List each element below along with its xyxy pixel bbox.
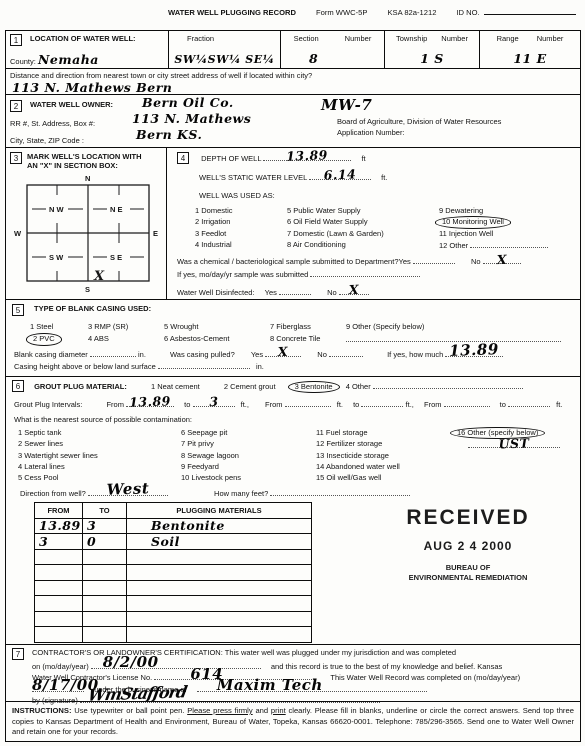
quadrant-sw-label: S W <box>49 253 64 262</box>
table-row <box>35 596 312 612</box>
section-7-certification: 7 CONTRACTOR'S OR LANDOWNER'S CERTIFICAT… <box>6 645 580 702</box>
use-item: 5 Public Water Supply <box>287 206 439 215</box>
section-4-number-box: 4 <box>177 152 189 164</box>
distance-row: Distance and direction from nearest town… <box>6 69 580 94</box>
location-cell: 1 LOCATION OF WATER WELL: County: Nemaha <box>6 31 169 68</box>
casing-option-other: 9 Other (Specify below) <box>346 322 424 331</box>
received-stamp-bureau-line1: BUREAU OF <box>358 563 578 573</box>
distance-question: Distance and direction from nearest town… <box>10 71 576 80</box>
depth-value: 13.89 <box>286 148 328 165</box>
range-label: Range <box>497 34 519 43</box>
casing-option: 3 RMP (SR) <box>88 322 164 331</box>
section-value: 8 <box>281 51 384 67</box>
use-item: 12 Other <box>439 240 579 250</box>
number-label: Number <box>441 34 468 43</box>
business-name-blank: Maxim Tech <box>197 684 427 692</box>
to-header: TO <box>83 503 127 519</box>
section-1-title: LOCATION OF WATER WELL: <box>30 34 136 46</box>
section-label: Section <box>294 34 319 43</box>
how-much-value: 13.89 <box>449 340 499 360</box>
id-no-label: ID NO. <box>456 7 575 17</box>
address-label: RR #, St. Address, Box #: <box>10 119 128 128</box>
section-3-number-box: 3 <box>10 152 22 164</box>
table-row: 3 0 Soil <box>35 534 312 550</box>
in-label: in. <box>138 350 146 359</box>
yes-label: Yes <box>399 257 411 266</box>
agency-label: Board of Agriculture, Division of Water … <box>337 117 501 126</box>
record-date-blank: 8/17/00 <box>32 684 84 692</box>
table-row <box>35 549 312 565</box>
table-row <box>35 565 312 581</box>
pulled-yes-x-mark: X <box>278 344 289 360</box>
casing-height-blank <box>158 361 250 369</box>
yes-label: Yes <box>251 350 263 359</box>
no-label: No <box>327 288 337 297</box>
to-label: to <box>500 400 506 409</box>
well-uses-list: 1 Domestic 2 Irrigation 3 Feedlot 4 Indu… <box>195 206 579 251</box>
grout-option-other: 4 Other <box>346 382 371 391</box>
instructions-text: Use typewriter or ball point pen. <box>74 706 184 715</box>
well-location-x-mark: X <box>93 269 105 284</box>
section-4-well-info: 4 DEPTH OF WELL 13.89 ft WELL'S STATIC W… <box>167 148 585 299</box>
cell-to: 0 <box>87 534 96 550</box>
address-value: 113 N. Mathews <box>132 111 251 127</box>
sample-question: Was a chemical / bacteriological sample … <box>177 257 399 266</box>
signature-value: WmStafford <box>86 682 188 706</box>
sample-date-blank <box>310 269 420 277</box>
well-id-value: MW-7 <box>321 96 372 115</box>
disinfected-yes-blank <box>279 287 311 295</box>
casing-pulled-label: Was casing pulled? <box>170 350 235 359</box>
contamination-item: 15 Oil well/Gas well <box>316 473 454 482</box>
city-value: Bern KS. <box>136 127 202 143</box>
use-item: 4 Industrial <box>195 240 287 249</box>
no-label: No <box>317 350 327 359</box>
use-item: 1 Domestic <box>195 206 287 215</box>
disinfected-no-x-mark: X <box>348 282 359 298</box>
depth-of-well-label: DEPTH OF WELL <box>201 154 261 163</box>
grout-other-blank <box>373 381 523 389</box>
instructions-text: and <box>255 706 268 715</box>
county-value: Nemaha <box>38 52 99 68</box>
interval3-to-blank <box>508 399 550 407</box>
contamination-other-blank: UST <box>468 440 560 448</box>
contamination-item: 2 Sewer lines <box>18 439 181 448</box>
disinfected-label: Water Well Disinfected: <box>177 288 255 297</box>
ft-label: ft., <box>241 400 249 409</box>
signature-label: by (signature) <box>32 696 78 705</box>
static-level-label: WELL'S STATIC WATER LEVEL <box>199 173 307 182</box>
casing-option-pvc-circled: 2 PVC <box>26 333 62 345</box>
interval-from-value: 13.89 <box>129 394 171 411</box>
interval3-from-blank <box>444 399 490 407</box>
quadrant-ne-label: N E <box>110 205 123 214</box>
direction-value: West <box>106 479 149 499</box>
contamination-item: 12 Fertilizer storage <box>316 439 454 448</box>
casing-diameter-label: Blank casing diameter <box>14 350 88 359</box>
contamination-item: 11 Fuel storage <box>316 428 454 437</box>
water-well-plugging-record-form: WATER WELL PLUGGING RECORD Form WWC-5P K… <box>0 0 585 746</box>
in-label: in. <box>256 362 264 371</box>
use-item: 8 Air Conditioning <box>287 240 439 249</box>
owner-handwriting-block: Bern Oil Co. 113 N. Mathews Bern KS. <box>128 99 303 145</box>
feet-blank <box>270 488 410 496</box>
contamination-item: 3 Watertight sewer lines <box>18 451 181 460</box>
depth-blank: 13.89 <box>263 153 351 161</box>
contamination-item: 1 Septic tank <box>18 428 181 437</box>
pulled-yes-blank: X <box>265 349 301 357</box>
use-item-monitoring-well-circled: 10 Monitoring Well <box>435 216 511 228</box>
ft-label: ft. <box>556 400 562 409</box>
section-2-title: WATER WELL OWNER: <box>30 100 113 112</box>
county-label: County: <box>10 57 36 66</box>
range-value: 11 E <box>480 51 580 67</box>
section-5-number-box: 5 <box>12 304 24 316</box>
form-title: WATER WELL PLUGGING RECORD <box>168 8 296 17</box>
grout-option: 2 Cement grout <box>224 382 276 391</box>
ft-label: ft. <box>337 400 343 409</box>
certification-line3: This Water Well Record was completed on … <box>330 673 520 682</box>
township-number-cell: TownshipNumber 1 S <box>385 31 480 68</box>
received-stamp-bureau-line2: ENVIRONMENTAL REMEDIATION <box>358 573 578 583</box>
pulled-no-blank <box>329 349 363 357</box>
static-level-blank: 6.14 <box>309 172 371 180</box>
instructions-underlined-print: print <box>271 706 286 715</box>
ft-label: ft., <box>406 400 414 409</box>
cell-to: 3 <box>87 518 96 534</box>
section-2-number-box: 2 <box>10 100 22 112</box>
township-value: 1 S <box>385 51 479 67</box>
id-no-blank <box>484 7 576 15</box>
casing-option: 1 Steel <box>30 322 88 331</box>
table-row: 13.89 3 Bentonite <box>35 518 312 534</box>
contamination-item: 4 Lateral lines <box>18 462 181 471</box>
cell-material: Bentonite <box>151 518 225 534</box>
section-5-title: TYPE OF BLANK CASING USED: <box>34 304 151 316</box>
compass-e-label: E <box>153 229 158 238</box>
instructions-box: INSTRUCTIONS: Use typewriter or ball poi… <box>6 702 580 746</box>
form-number: Form WWC-5P <box>316 8 367 17</box>
section-7-number-box: 7 <box>12 648 24 660</box>
section-3-location-box: 3 MARK WELL'S LOCATION WITH AN "X" IN SE… <box>6 148 167 299</box>
other-use-blank <box>470 240 548 248</box>
range-number-cell: RangeNumber 11 E <box>480 31 580 68</box>
sample-date-label: If yes, mo/day/yr sample was submitted <box>177 270 308 279</box>
casing-option: 7 Fiberglass <box>270 322 346 331</box>
section-box-diagram: N S W E N W N E S W S E X <box>10 173 162 295</box>
contamination-item: 14 Abandoned water well <box>316 462 454 471</box>
section-2-owner: 2 WATER WELL OWNER: RR #, St. Address, B… <box>6 95 580 148</box>
certification-line1: CONTRACTOR'S OR LANDOWNER'S CERTIFICATIO… <box>32 648 456 660</box>
section-6-number-box: 6 <box>12 380 24 392</box>
contamination-item: 5 Cess Pool <box>18 473 181 482</box>
direction-label: Direction from well? <box>20 489 86 498</box>
casing-height-label: Casing height above or below land surfac… <box>14 362 156 371</box>
contamination-item: 7 Pit privy <box>181 439 316 448</box>
interval-from-blank: 13.89 <box>126 399 174 407</box>
use-item: 9 Dewatering <box>439 206 579 215</box>
contamination-item: 8 Sewage lagoon <box>181 451 316 460</box>
use-item: 6 Oil Field Water Supply <box>287 217 439 226</box>
table-header-row: FROM TO PLUGGING MATERIALS <box>35 503 312 519</box>
section-3-title-line1: MARK WELL'S LOCATION WITH <box>27 152 142 161</box>
materials-header: PLUGGING MATERIALS <box>127 503 312 519</box>
application-number-label: Application Number: <box>337 128 405 137</box>
sample-yes-blank <box>413 256 455 264</box>
section-5-casing: 5 TYPE OF BLANK CASING USED: 1 Steel 3 R… <box>6 300 580 377</box>
use-item: 11 Injection Well <box>439 229 579 238</box>
section-number-cell: SectionNumber 8 <box>281 31 385 68</box>
static-level-unit: ft. <box>381 173 387 182</box>
received-stamp: RECEIVED AUG 2 4 2000 BUREAU OF ENVIRONM… <box>358 505 578 583</box>
certification-line2: and this record is true to the best of m… <box>271 662 502 671</box>
city-label: City, State, ZIP Code : <box>10 136 128 145</box>
compass-w-label: W <box>14 229 22 238</box>
section-6-title: GROUT PLUG MATERIAL: <box>34 382 127 391</box>
interval2-from-blank <box>285 399 331 407</box>
yes-label: Yes <box>265 288 277 297</box>
completed-date-blank: 8/2/00 <box>91 661 261 669</box>
section-3-title-line2: AN "X" IN SECTION BOX: <box>27 161 142 170</box>
contamination-item: 10 Livestock pens <box>181 473 316 482</box>
plugging-materials-table: FROM TO PLUGGING MATERIALS 13.89 3 Bento… <box>34 502 312 643</box>
cell-material: Soil <box>151 534 180 550</box>
no-label: No <box>471 257 481 266</box>
table-row <box>35 627 312 643</box>
used-as-label: WELL WAS USED AS: <box>199 191 579 200</box>
use-item: 2 Irrigation <box>195 217 287 226</box>
to-label: to <box>353 400 359 409</box>
completed-date-value: 8/2/00 <box>103 653 159 672</box>
how-much-label: If yes, how much <box>387 350 443 359</box>
use-item: 3 Feedlot <box>195 229 287 238</box>
statute-reference: KSA 82a-1212 <box>387 8 436 17</box>
cell-from: 3 <box>39 534 48 550</box>
contamination-item: 9 Feedyard <box>181 462 316 471</box>
sample-no-blank: X <box>483 256 521 264</box>
business-name-value: Maxim Tech <box>217 676 323 695</box>
how-much-blank: 13.89 <box>445 349 503 357</box>
table-row <box>35 611 312 627</box>
township-label: Township <box>396 34 427 43</box>
grout-option-bentonite-circled: 3 Bentonite <box>288 381 340 393</box>
contamination-question: What is the nearest source of possible c… <box>14 415 574 424</box>
from-label: From <box>106 400 124 409</box>
number-label: Number <box>345 34 372 43</box>
casing-option: 8 Concrete Tile <box>270 334 346 343</box>
from-label: From <box>424 400 442 409</box>
received-stamp-text: RECEIVED <box>358 505 578 531</box>
depth-unit: ft <box>361 154 365 163</box>
instructions-label: INSTRUCTIONS: <box>12 706 71 715</box>
grout-option: 1 Neat cement <box>151 382 200 391</box>
cell-from: 13.89 <box>39 518 81 534</box>
feet-label: How many feet? <box>214 489 268 498</box>
received-stamp-date: AUG 2 4 2000 <box>358 539 578 554</box>
section-3-4-row: 3 MARK WELL'S LOCATION WITH AN "X" IN SE… <box>6 148 580 300</box>
fraction-value: SW¼SW¼ SE¼ <box>169 53 280 67</box>
use-item: 7 Domestic (Lawn & Garden) <box>287 229 439 238</box>
compass-n-label: N <box>85 174 90 183</box>
to-label: to <box>184 400 190 409</box>
quadrant-nw-label: N W <box>49 205 65 214</box>
section-6-grout: 6 GROUT PLUG MATERIAL: 1 Neat cement 2 C… <box>6 377 580 645</box>
table-row <box>35 580 312 596</box>
instructions-underlined-press-firmly: Please press firmly <box>187 706 252 715</box>
section-1-location: 1 LOCATION OF WATER WELL: County: Nemaha… <box>6 31 580 95</box>
from-header: FROM <box>35 503 83 519</box>
distance-value: 113 N. Mathews Bern <box>12 80 172 96</box>
form-body: 1 LOCATION OF WATER WELL: County: Nemaha… <box>5 30 581 742</box>
on-date-label: on (mo/day/year) <box>32 662 89 671</box>
signature-blank: WmStafford <box>80 695 380 703</box>
interval-to-blank: 3 <box>193 399 235 407</box>
disinfected-no-blank: X <box>339 287 369 295</box>
interval-to-value: 3 <box>209 394 219 410</box>
casing-option: 5 Wrought <box>164 322 270 331</box>
compass-s-label: S <box>85 285 90 294</box>
casing-option: 6 Asbestos-Cement <box>164 334 270 343</box>
interval2-to-blank <box>361 399 403 407</box>
section-1-number-box: 1 <box>10 34 22 46</box>
fraction-label: Fraction <box>173 34 276 43</box>
casing-diameter-blank <box>90 349 136 357</box>
contamination-other-value: UST <box>498 435 529 452</box>
number-label: Number <box>537 34 564 43</box>
form-header: WATER WELL PLUGGING RECORD Form WWC-5P K… <box>168 7 577 17</box>
intervals-label: Grout Plug Intervals: <box>14 400 82 409</box>
from-label: From <box>265 400 283 409</box>
static-level-value: 6.14 <box>324 167 357 184</box>
fraction-cell: Fraction SW¼SW¼ SE¼ <box>169 31 281 68</box>
sample-no-x-mark: X <box>496 251 507 267</box>
contamination-item: 6 Seepage pit <box>181 428 316 437</box>
owner-value: Bern Oil Co. <box>142 95 234 111</box>
casing-option: 4 ABS <box>88 334 164 343</box>
contamination-item: 13 Insecticide storage <box>316 451 454 460</box>
direction-blank: West <box>88 488 168 496</box>
contamination-sources-list: 1 Septic tank 2 Sewer lines 3 Watertight… <box>18 428 574 483</box>
quadrant-se-label: S E <box>110 253 122 262</box>
